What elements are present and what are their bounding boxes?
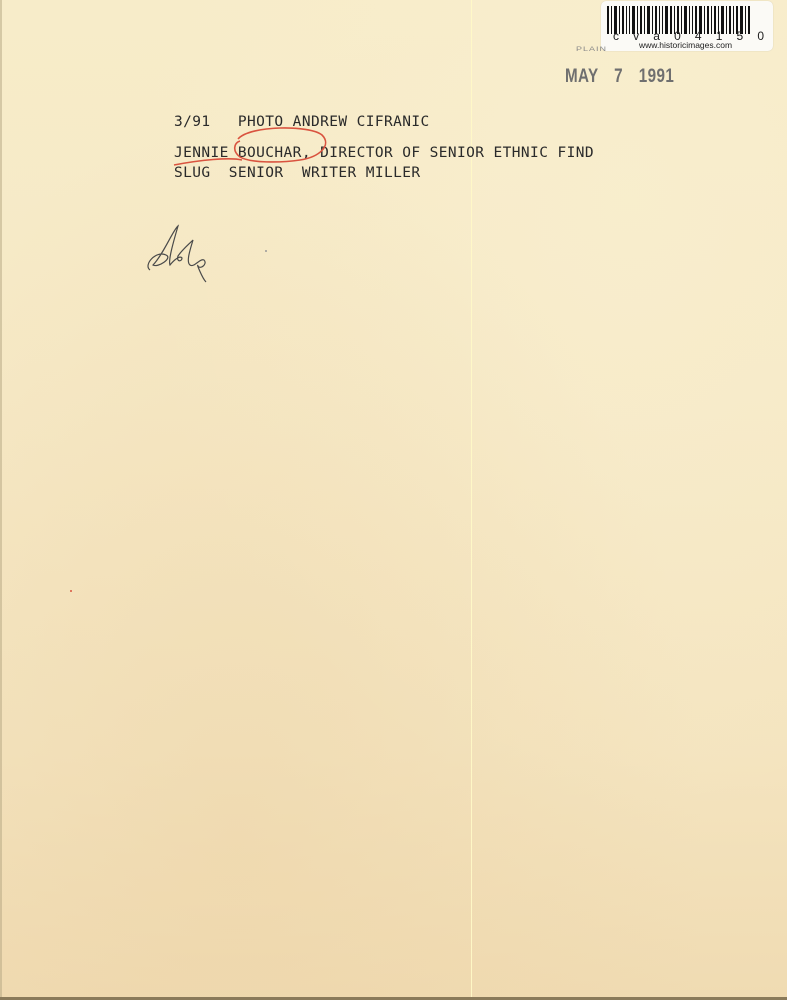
barcode-label: c v a 0 4 1 5 0 www.historicimages.com [601,1,773,51]
barcode-char: c [613,29,620,43]
caption-subject-line: JENNIE BOUCHAR, DIRECTOR OF SENIOR ETHNI… [174,145,594,161]
caption-credit-line: 3/91 PHOTO ANDREW CIFRANIC [174,114,430,130]
date-stamp: MAY 7 1991 [565,66,674,88]
barcode-char: 5 [737,29,745,43]
paper-left-edge [0,0,2,1000]
paper-speck [70,590,72,592]
stamp-partial-text: PLAIN [576,46,607,53]
paper-speck [265,250,267,252]
handwritten-file-note-icon [138,220,218,285]
barcode-char: 0 [757,29,765,43]
barcode-url: www.historicimages.com [639,40,732,50]
caption-slug-line: SLUG SENIOR WRITER MILLER [174,165,421,181]
